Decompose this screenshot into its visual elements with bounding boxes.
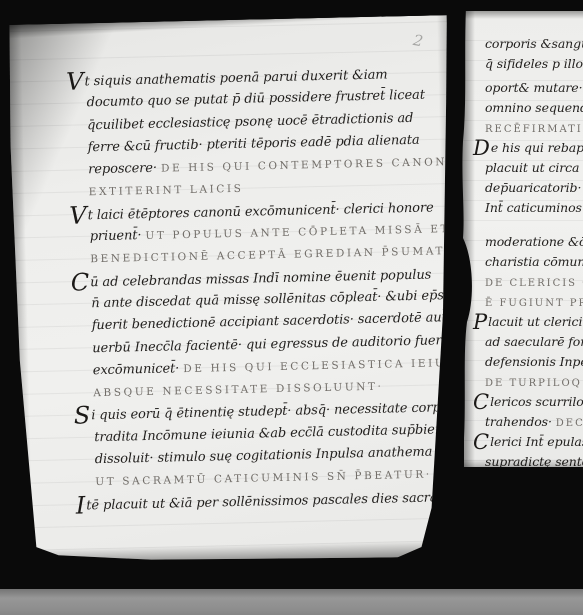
text-run: lerici Int̄ epulas	[490, 434, 583, 449]
text-run: lacuit ut clerici ad	[488, 314, 583, 329]
manuscript-line: trahendos· DEC	[473, 411, 583, 431]
manuscript-line: q̄ sifideles p illos	[473, 53, 583, 73]
text-run: oport& mutare·	[485, 80, 582, 95]
manuscript-line: Clerici Int̄ epulas	[473, 431, 583, 451]
text-run: e his qui rebaptiz	[491, 140, 583, 155]
rubric-run: UT POPULUS ANTE CŌPLETA MISSĀ ET	[145, 223, 450, 242]
text-run: corporis &sangui	[485, 36, 583, 51]
rubric-run: EXTITERINT LAICIS	[89, 183, 244, 199]
rubric-run: RECĒFIRMATIS	[485, 124, 583, 135]
rubric-run: ABSQUE NECESSITATE DISSOLUUNT·	[93, 381, 383, 400]
drop-initial: S	[73, 402, 91, 430]
manuscript-line: omnino sequend.	[473, 97, 583, 117]
manuscript-right-page-sliver: corporis &sanguiq̄ sifideles p illosopor…	[462, 11, 583, 467]
text-run: defensionis Inpen	[485, 354, 583, 369]
manuscript-line: Placuit ut clerici ad	[473, 311, 583, 331]
text-run: q̄ sifideles p illos	[485, 56, 583, 71]
manuscript-line: oport& mutare·	[473, 77, 583, 97]
text-run: tē placuit ut &iā per sollēnissimos pasc…	[86, 490, 450, 513]
manuscript-line: placuit ut circa e	[473, 157, 583, 177]
manuscript-line: moderatione &c̄	[473, 231, 583, 251]
manuscript-left-page: 2 Vt siquis anathematis poenā parui duxe…	[7, 15, 459, 566]
manuscript-line: De his qui rebaptiz	[473, 137, 583, 157]
manuscript-line: ad saecularē fort	[473, 331, 583, 351]
right-page-textblock: corporis &sanguiq̄ sifideles p illosopor…	[473, 33, 583, 467]
rubric-run: DE CLERICIS Q̄	[485, 278, 583, 289]
drop-initial: V	[66, 67, 85, 95]
rubric-run: DE HIS QUI CONTEMPTORES CANONŪ	[161, 156, 459, 175]
text-run: moderatione &c̄	[485, 234, 583, 249]
manuscript-line: corporis &sangui	[473, 33, 583, 53]
manuscript-line: dep̄uaricatorib·	[473, 177, 583, 197]
rubric-run: DE TURPILOQ	[485, 378, 582, 389]
text-run: ad saecularē fort	[485, 334, 583, 349]
film-edge-strip	[0, 589, 583, 615]
manuscript-line: Clericos scurrilos	[473, 391, 583, 411]
manuscript-line: RECĒFIRMATIS	[473, 117, 583, 137]
rubric-run: DEC	[556, 418, 583, 429]
manuscript-line: supradictę sentē	[473, 451, 583, 467]
text-run: Int̄ caticuminos e	[485, 200, 583, 215]
text-run: omnino sequend.	[485, 100, 583, 115]
text-run: priuent̄·	[90, 228, 146, 244]
text-run: trahendos·	[485, 414, 556, 429]
rubric-run: DE HIS QUI ECCLESIASTICA IEIUNIA	[183, 356, 475, 375]
text-run: charistia cōmuni	[485, 254, 583, 269]
folio-number: 2	[412, 31, 425, 50]
text-run: reposcere·	[88, 161, 161, 178]
text-run: dep̄uaricatorib·	[485, 180, 581, 195]
manuscript-line: DE TURPILOQ	[473, 371, 583, 391]
drop-initial: C	[70, 268, 90, 296]
left-page-textblock: Vt siquis anathematis poenā parui duxeri…	[66, 61, 454, 515]
drop-initial: V	[69, 201, 88, 229]
manuscript-photo: 2 Vt siquis anathematis poenā parui duxe…	[0, 0, 583, 615]
text-run: lericos scurrilos	[490, 394, 583, 409]
manuscript-line: defensionis Inpen	[473, 351, 583, 371]
manuscript-line: Int̄ caticuminos e	[473, 197, 583, 217]
binding-gutter-shadow	[438, 6, 480, 472]
manuscript-line: DE CLERICIS Q̄	[473, 271, 583, 291]
text-run: supradictę sentē	[485, 454, 583, 467]
manuscript-line: Ē FUGIUNT PR	[473, 291, 583, 311]
text-run: placuit ut circa e	[485, 160, 583, 175]
rubric-run: Ē FUGIUNT PR	[485, 298, 583, 309]
text-run: excōmunicet̄·	[93, 361, 184, 378]
manuscript-line: charistia cōmuni	[473, 251, 583, 271]
